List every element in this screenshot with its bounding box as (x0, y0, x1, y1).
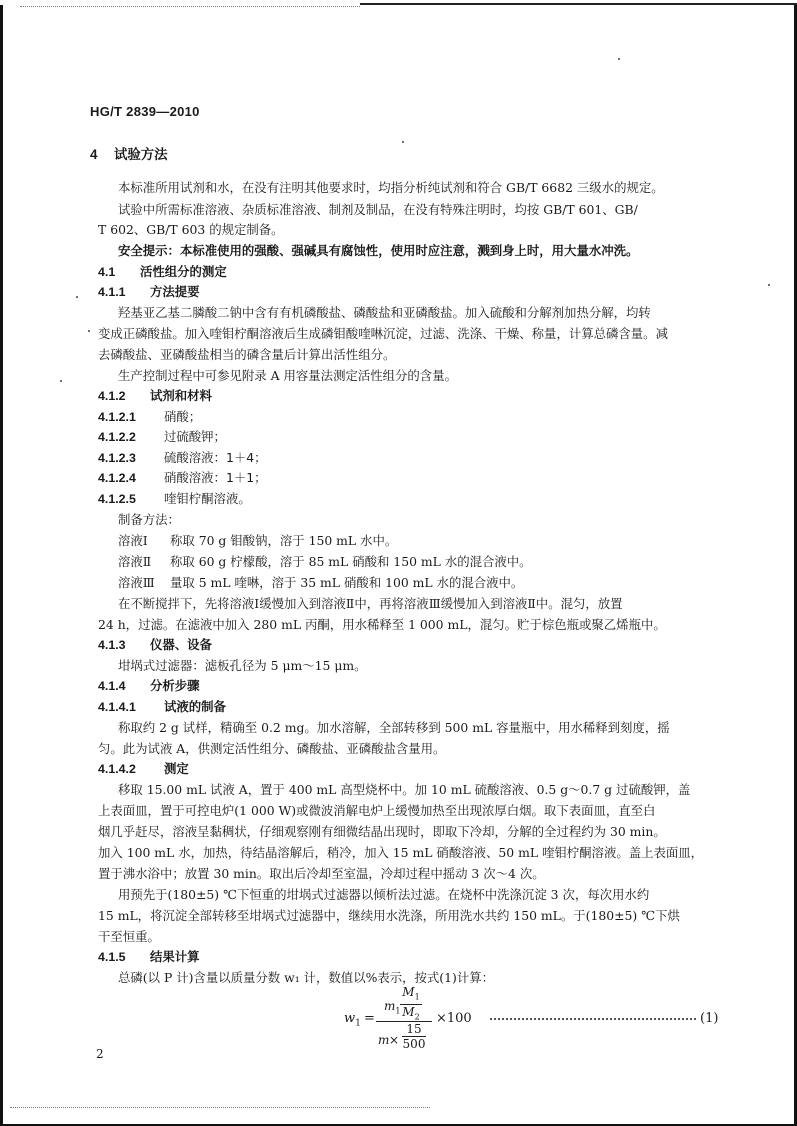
section-title: 方法提要 (150, 284, 200, 299)
section-number: 4.1.4.1 (98, 699, 164, 715)
formula-equals: = (364, 1011, 375, 1026)
scan-noise-top (20, 6, 360, 8)
safety-notice: 安全提示：本标准使用的强酸、强碱具有腐蚀性，使用时应注意，溅到身上时，用大量水冲… (118, 243, 738, 259)
paragraph-line: 坩埚式过滤器：滤板孔径为 5 μm～15 μm。 (118, 658, 738, 674)
paragraph-line: 匀。此为试液 A，供测定活性组分、磷酸盐、亚磷酸盐含量用。 (98, 741, 718, 757)
formula-numerator: m1 M1 M2 (384, 987, 434, 1019)
paragraph-line: 称取约 2 g 试样，精确至 0.2 mg。加水溶解，全部转移到 500 mL … (118, 720, 738, 736)
formula-times-100: ×100 (436, 1011, 472, 1026)
paragraph-line: 变成正磷酸盐。加入喹钼柠酮溶液后生成磷钼酸喹啉沉淀，过滤、洗涤、干燥、称量，计算… (98, 326, 718, 342)
item-text: 硫酸溶液：1＋4； (164, 450, 267, 465)
scan-speck (768, 284, 770, 286)
section-title: 活性组分的测定 (140, 264, 227, 279)
reagent-item: 4.1.2.2过硫酸钾； (98, 429, 718, 445)
item-text: 过硫酸钾； (164, 429, 226, 444)
paragraph-line: 上表面皿，置于可控电炉(1 000 W)或微波消解电炉上缓慢加热至出现浓厚白烟。… (98, 803, 718, 819)
section-number: 4.1.1 (98, 284, 150, 300)
section-title: 测定 (164, 761, 189, 776)
item-number: 4.1.2.1 (98, 409, 164, 425)
paragraph-line: 置于沸水浴中；放置 30 min。取出后冷却至室温，冷却过程中摇动 3 次～4 … (98, 866, 718, 882)
section-heading-4-1-2: 4.1.2试剂和材料 (98, 388, 718, 404)
item-number: 4.1.2.3 (98, 450, 164, 466)
paragraph-line: T 602、GB/T 603 的规定制备。 (98, 222, 718, 238)
section-heading-4: 4试验方法 (90, 147, 710, 164)
section-title: 试液的制备 (164, 699, 226, 714)
section-heading-4-1-1: 4.1.1方法提要 (98, 284, 718, 300)
section-title: 试剂和材料 (150, 388, 212, 403)
section-title: 结果计算 (150, 949, 200, 964)
scan-speck (618, 58, 620, 60)
scan-speck (88, 330, 90, 332)
section-number: 4 (90, 147, 114, 163)
paragraph-line: 用预先于(180±5) ℃下恒重的坩埚式过滤器以倾析法过滤。在烧杯中洗涤沉淀 3… (118, 887, 738, 903)
section-number: 4.1.4 (98, 678, 150, 694)
paragraph-line: 试验中所需标准溶液、杂质标准溶液、制剂及制品，在没有特殊注明时，均按 GB/T … (118, 202, 738, 218)
solution-label: 溶液Ⅱ (118, 554, 170, 570)
formula-1: w1 = m1 M1 M2 m × 15 500 ×100 (1) (344, 987, 724, 1057)
reagent-item: 4.1.2.5喹钼柠酮溶液。 (98, 491, 718, 507)
section-heading-4-1-3: 4.1.3仪器、设备 (98, 637, 718, 653)
paragraph-line: 干至恒重。 (98, 929, 718, 945)
scan-noise-bottom (10, 1107, 430, 1109)
scan-border-top (0, 0, 797, 5)
paragraph-line: 羟基亚乙基二膦酸二钠中含有有机磷酸盐、磷酸盐和亚磷酸盐。加入硫酸和分解剂加热分解… (118, 305, 738, 321)
paragraph-line: 总磷(以 P 计)含量以质量分数 w₁ 计，数值以%表示，按式(1)计算： (118, 970, 738, 986)
page-number: 2 (96, 1047, 104, 1061)
scan-border-left (0, 0, 3, 1126)
item-text: 硝酸； (164, 409, 201, 424)
section-heading-4-1: 4.1活性组分的测定 (98, 264, 718, 280)
standard-number: HG/T 2839—2010 (90, 104, 200, 119)
paragraph-line: 移取 15.00 mL 试液 A，置于 400 mL 高型烧杯中。加 10 mL… (118, 782, 738, 798)
item-number: 4.1.2.2 (98, 429, 164, 445)
item-text: 喹钼柠酮溶液。 (164, 491, 251, 506)
section-heading-4-1-4-1: 4.1.4.1试液的制备 (98, 699, 718, 715)
section-title: 仪器、设备 (150, 637, 212, 652)
scan-speck (76, 296, 78, 298)
reagent-item: 4.1.2.4硝酸溶液：1＋1； (98, 470, 718, 486)
paragraph-line: 24 h，过滤。在滤液中加入 280 mL 丙酮，用水稀释至 1 000 mL，… (98, 617, 718, 633)
section-number: 4.1 (98, 264, 140, 280)
scan-speck (402, 141, 404, 143)
reagent-item: 4.1.2.3硫酸溶液：1＋4； (98, 450, 718, 466)
section-number: 4.1.2 (98, 388, 150, 404)
section-title: 试验方法 (114, 148, 168, 163)
section-title: 分析步骤 (150, 678, 200, 693)
formula-equation-number: (1) (700, 1011, 718, 1026)
prep-label: 制备方法： (118, 512, 738, 528)
section-heading-4-1-4-2: 4.1.4.2测定 (98, 761, 718, 777)
item-number: 4.1.2.5 (98, 491, 164, 507)
item-text: 硝酸溶液：1＋1； (164, 470, 267, 485)
paragraph-line: 本标准所用试剂和水，在没有注明其他要求时，均指分析纯试剂和符合 GB/T 668… (118, 180, 738, 196)
section-number: 4.1.5 (98, 949, 150, 965)
solution-line: 溶液Ⅰ称取 70 g 钼酸钠，溶于 150 mL 水中。 (118, 533, 738, 549)
solution-line: 溶液Ⅲ量取 5 mL 喹啉，溶于 35 mL 硝酸和 100 mL 水的混合液中… (118, 575, 738, 591)
paragraph-line: 去磷酸盐、亚磷酸盐相当的磷含量后计算出活性组分。 (98, 347, 718, 363)
section-heading-4-1-5: 4.1.5结果计算 (98, 949, 718, 965)
formula-lhs: w1 (344, 1011, 361, 1029)
paragraph-line: 15 mL，将沉淀全部转移至坩埚式过滤器中，继续用水洗涤，所用洗水共约 150 … (98, 908, 718, 924)
paragraph-line: 在不断搅拌下，先将溶液Ⅰ缓慢加入到溶液Ⅱ中，再将溶液Ⅲ缓慢加入到溶液Ⅱ中。混匀，… (118, 596, 738, 612)
scan-speck (60, 380, 62, 382)
section-heading-4-1-4: 4.1.4分析步骤 (98, 678, 718, 694)
formula-dot-leader (490, 1018, 696, 1020)
paragraph-line: 烟几乎赶尽，溶液呈黏稠状，仔细观察刚有细微结晶出现时，即取下冷却，分解的全过程约… (98, 824, 718, 840)
section-number: 4.1.4.2 (98, 761, 164, 777)
solution-label: 溶液Ⅰ (118, 533, 170, 549)
section-number: 4.1.3 (98, 637, 150, 653)
solution-text: 称取 70 g 钼酸钠，溶于 150 mL 水中。 (170, 533, 397, 548)
solution-text: 量取 5 mL 喹啉，溶于 35 mL 硝酸和 100 mL 水的混合液中。 (170, 575, 523, 590)
paragraph-line: 加入 100 mL 水，加热，待结晶溶解后，稍冷，加入 15 mL 硝酸溶液、5… (98, 845, 718, 861)
reagent-item: 4.1.2.1硝酸； (98, 409, 718, 425)
paragraph-line: 生产控制过程中可参见附录 A 用容量法测定活性组分的含量。 (118, 368, 738, 384)
item-number: 4.1.2.4 (98, 470, 164, 486)
solution-text: 称取 60 g 柠檬酸，溶于 85 mL 硝酸和 150 mL 水的混合液中。 (170, 554, 532, 569)
solution-line: 溶液Ⅱ称取 60 g 柠檬酸，溶于 85 mL 硝酸和 150 mL 水的混合液… (118, 554, 738, 570)
solution-label: 溶液Ⅲ (118, 575, 170, 591)
formula-inner-fraction: M1 M2 (400, 985, 422, 1025)
